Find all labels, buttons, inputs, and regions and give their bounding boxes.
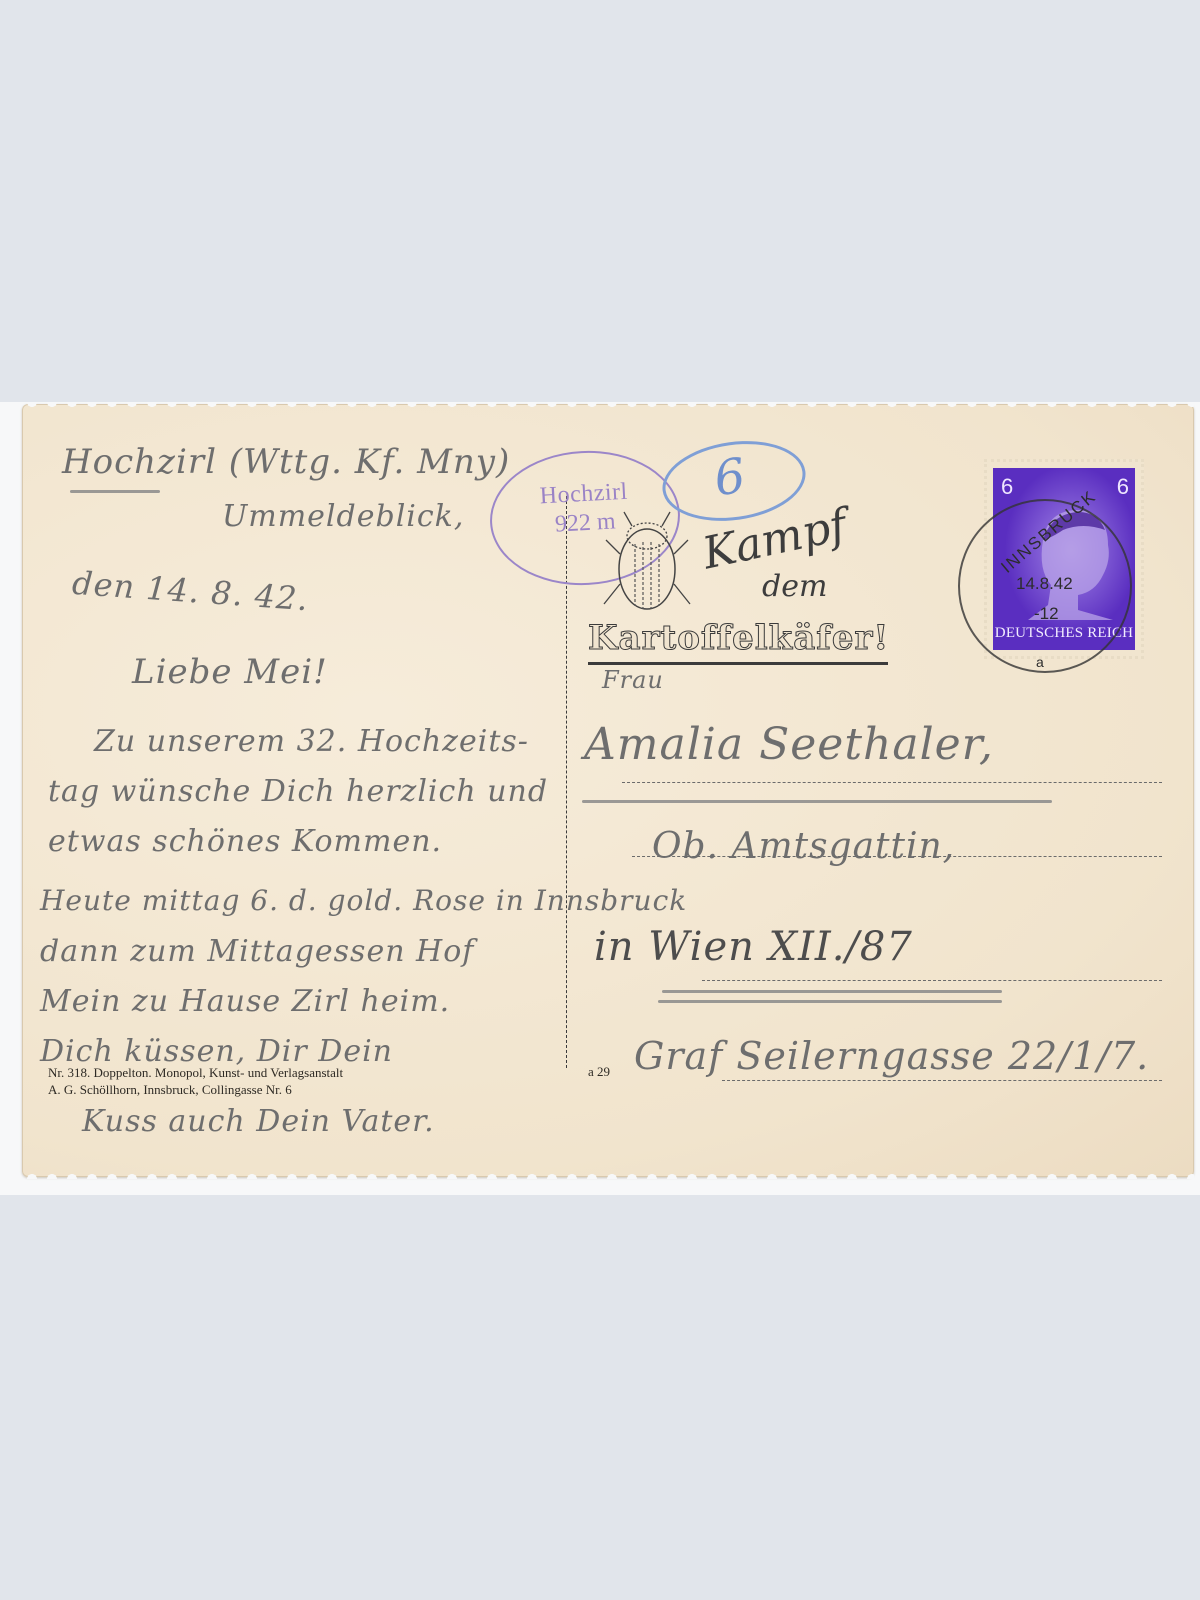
- slogan-rule: [588, 662, 888, 665]
- address-name: Amalia Seethaler,: [584, 719, 994, 770]
- blue-mark-number: 6: [711, 448, 749, 508]
- stamp-value-left: 6: [1001, 474, 1013, 500]
- message-body-line: Kuss auch Dein Vater.: [82, 1104, 435, 1139]
- message-body-line: Heute mittag 6. d. gold. Rose in Innsbru…: [40, 884, 687, 917]
- address-line-3: [702, 980, 1162, 981]
- address-salutation: Frau: [602, 666, 664, 694]
- message-body-line: Mein zu Hause Zirl heim.: [40, 984, 450, 1019]
- imprint-line-1: Nr. 318. Doppelton. Monopol, Kunst- und …: [48, 1064, 343, 1081]
- message-salutation: Liebe Mei!: [132, 652, 328, 692]
- postmark-date: 14.8.42: [1016, 574, 1073, 594]
- message-body-line: tag wünsche Dich herzlich und: [48, 774, 548, 809]
- heading-underline: [70, 490, 160, 493]
- publisher-imprint: Nr. 318. Doppelton. Monopol, Kunst- und …: [48, 1064, 343, 1098]
- postcard: Hochzirl (Wttg. Kf. Mny) Ummeldeblick, d…: [22, 404, 1194, 1177]
- message-date: den 14. 8. 42.: [71, 564, 310, 618]
- message-body-line: dann zum Mittagessen Hof: [40, 934, 474, 969]
- imprint-code: a 29: [588, 1064, 610, 1080]
- address-line-2-text: Ob. Amtsgattin,: [652, 826, 955, 867]
- address-street: Graf Seilerngasse 22/1/7.: [634, 1034, 1149, 1078]
- postmark-hour: -12: [1034, 604, 1059, 624]
- slogan-cancel-text: Kartoffelkäfer!: [588, 618, 889, 658]
- message-heading-line-1: Hochzirl (Wttg. Kf. Mny): [62, 442, 510, 482]
- stamp-value-right: 6: [1117, 474, 1129, 500]
- name-underline: [582, 800, 1052, 803]
- message-body-line: Zu unserem 32. Hochzeits-: [94, 724, 529, 759]
- address-city: in Wien XII./87: [594, 924, 913, 970]
- address-line-2: [632, 856, 1162, 857]
- postmark-code: a: [1036, 654, 1044, 670]
- address-line-4: [722, 1080, 1162, 1081]
- city-underline-1: [662, 990, 1002, 993]
- potato-beetle-icon: [602, 504, 692, 624]
- city-underline-2: [658, 1000, 1002, 1003]
- imprint-line-2: A. G. Schöllhorn, Innsbruck, Collingasse…: [48, 1081, 343, 1098]
- slogan-word-dem: dem: [762, 569, 827, 604]
- message-body-line: etwas schönes Kommen.: [48, 824, 442, 859]
- message-heading-line-2: Ummeldeblick,: [222, 499, 464, 534]
- address-line-1: [622, 782, 1162, 783]
